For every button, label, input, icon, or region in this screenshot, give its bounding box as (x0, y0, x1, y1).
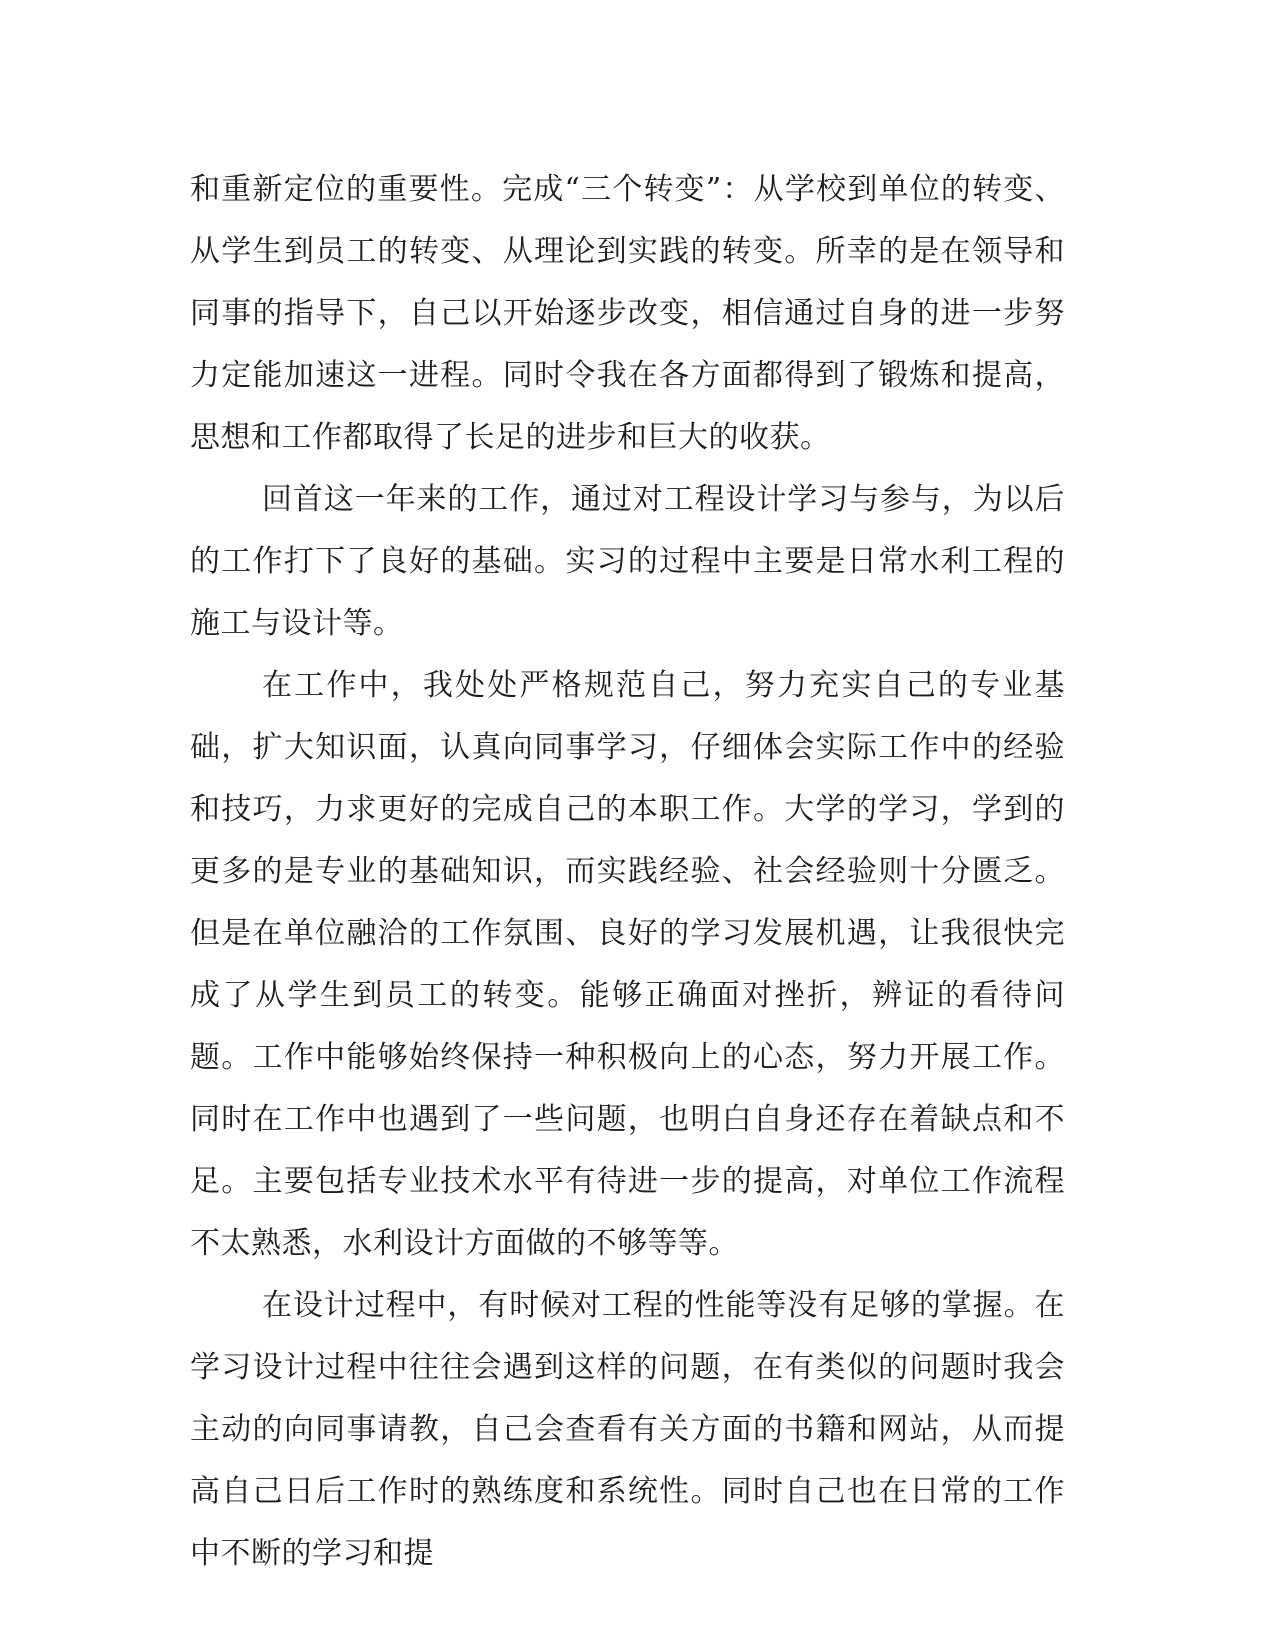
paragraph: 在设计过程中，有时候对工程的性能等没有足够的掌握。在学习设计过程中往往会遇到这样… (190, 1275, 1065, 1585)
paragraph: 在工作中，我处处严格规范自己，努力充实自己的专业基础，扩大知识面，认真向同事学习… (190, 655, 1065, 1275)
document-page: 和重新定位的重要性。完成“三个转变”：从学校到单位的转变、从学生到员工的转变、从… (0, 0, 1275, 1650)
paragraph-continuation: 和重新定位的重要性。完成“三个转变”：从学校到单位的转变、从学生到员工的转变、从… (190, 159, 1065, 469)
paragraph: 回首这一年来的工作，通过对工程设计学习与参与，为以后的工作打下了良好的基础。实习… (190, 469, 1065, 655)
